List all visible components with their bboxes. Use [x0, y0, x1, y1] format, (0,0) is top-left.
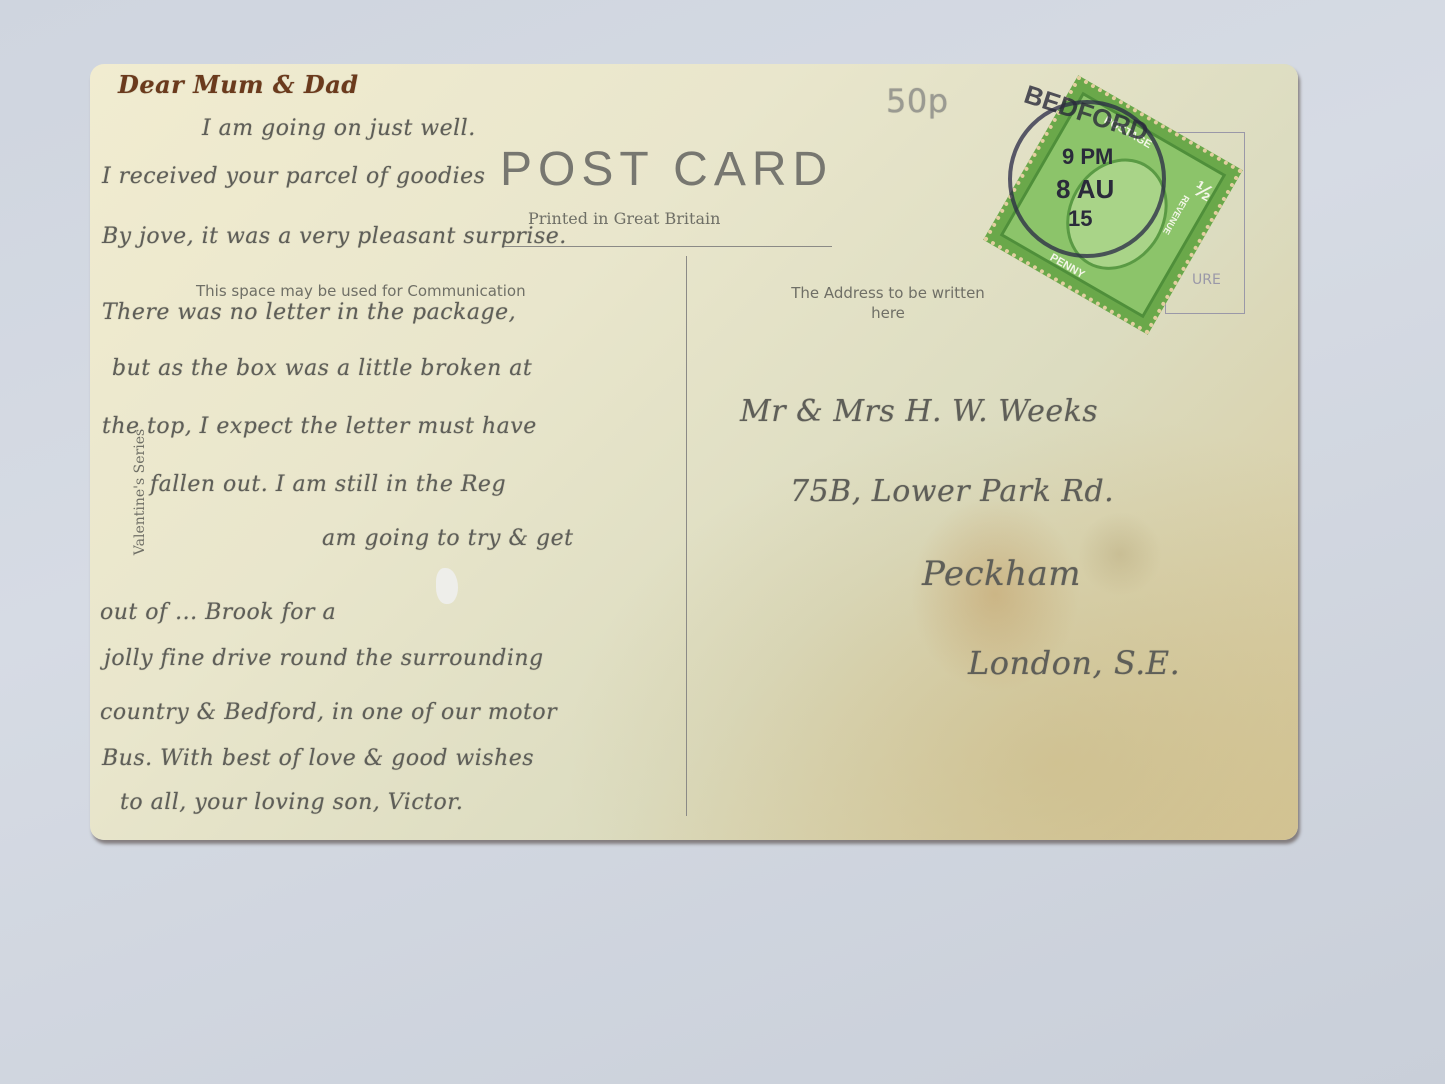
message-line: jolly fine drive round the surrounding — [104, 646, 544, 671]
message-line: to all, your loving son, Victor. — [120, 790, 463, 815]
message-line: Bus. With best of love & good wishes — [102, 746, 534, 771]
message-line: fallen out. I am still in the Reg — [150, 472, 506, 497]
postmark: BEDFORD 9 PM 8 AU 15 — [1008, 100, 1166, 258]
center-divider — [686, 256, 687, 816]
stamp-box-text: URE — [1192, 272, 1221, 288]
communication-label: This space may be used for Communication — [196, 282, 526, 300]
address-line-2: 75B, Lower Park Rd. — [790, 474, 1114, 509]
postcard-title: POST CARD — [500, 142, 833, 197]
message-line: I received your parcel of goodies — [102, 164, 485, 189]
message-line: am going to try & get — [322, 526, 573, 551]
address-label-line1: The Address to be written — [758, 284, 1018, 302]
address-line-3: Peckham — [922, 554, 1081, 594]
message-line: out of ... Brook for a — [100, 600, 336, 625]
address-line-4: London, S.E. — [968, 644, 1180, 682]
postmark-year: 15 — [1068, 206, 1092, 232]
stamp-value: ½ — [1189, 175, 1218, 207]
postmark-date: 8 AU — [1056, 174, 1114, 205]
address-label: The Address to be written here — [758, 284, 1018, 322]
address-label-line2: here — [758, 304, 1018, 322]
message-line: By jove, it was a very pleasant surprise… — [102, 224, 567, 249]
message-line: country & Bedford, in one of our motor — [100, 700, 557, 725]
message-line: There was no letter in the package, — [102, 300, 516, 325]
message-line: the top, I expect the letter must have — [102, 414, 537, 439]
postmark-time: 9 PM — [1062, 144, 1113, 170]
greeting: Dear Mum & Dad — [118, 70, 359, 99]
price-note: 50p — [886, 82, 949, 120]
address-line-1: Mr & Mrs H. W. Weeks — [740, 394, 1098, 429]
message-line: I am going on just well. — [202, 116, 476, 141]
message-line: but as the box was a little broken at — [112, 356, 532, 381]
publisher-label: Valentine's Series — [132, 422, 148, 562]
paper-tear — [436, 568, 458, 604]
